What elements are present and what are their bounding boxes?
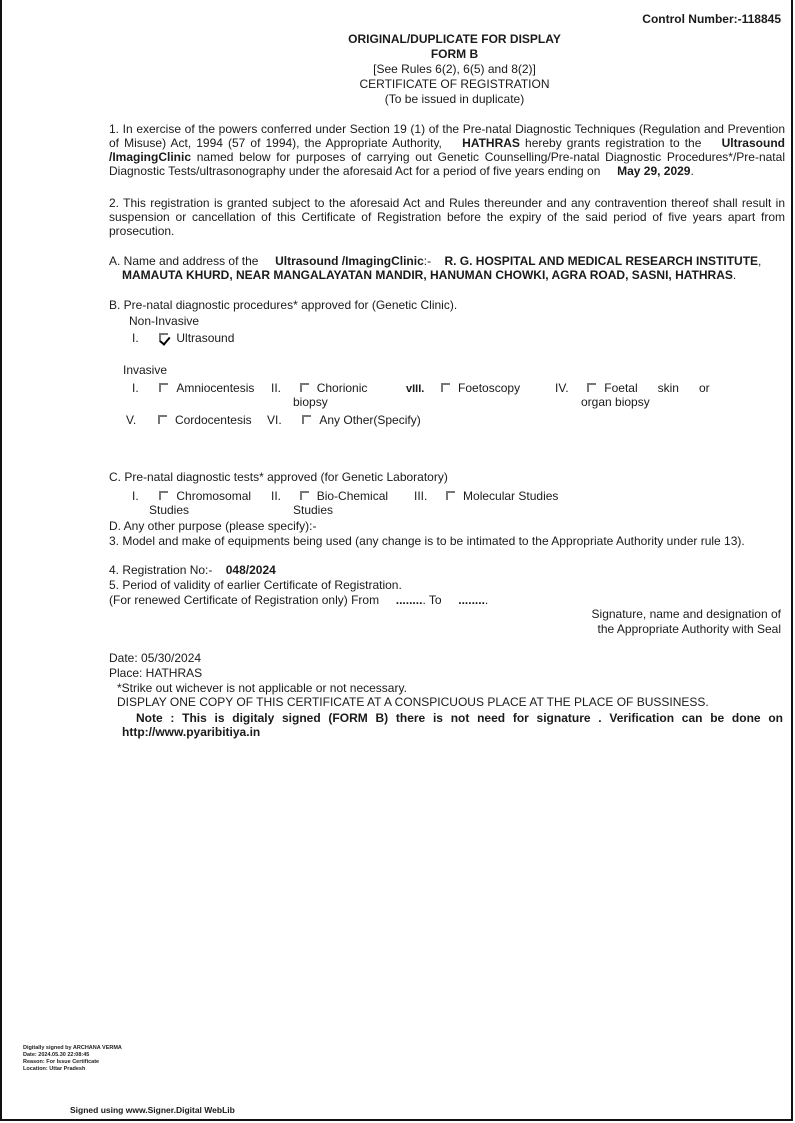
signature-line-1: Signature, name and designation of — [592, 607, 781, 621]
foetal-skin-label-line2: organ biopsy — [581, 395, 650, 409]
section-b-title: B. Pre-natal diagnostic procedures* appr… — [109, 298, 457, 312]
note-text: Note : This is digitaly signed (FORM B) … — [136, 711, 783, 725]
any-other-checkbox[interactable] — [302, 415, 311, 424]
digital-signature-location: Location: Uttar Pradesh — [23, 1066, 85, 1073]
validity-to: ........ — [458, 593, 485, 607]
item-number: I. — [132, 381, 139, 395]
section-a-line2: MAMAUTA KHURD, NEAR MANGALAYATAN MANDIR,… — [122, 268, 736, 282]
chromosomal-label-line2: Studies — [149, 503, 189, 517]
separator: :- — [424, 254, 431, 268]
item-5-renewal-line: (For renewed Certificate of Registration… — [109, 593, 488, 607]
renewal-label: (For renewed Certificate of Registration… — [109, 593, 379, 607]
chromosomal-checkbox[interactable] — [159, 491, 168, 500]
digital-signature-signed-by: Digitally signed by ARCHANA VERMA — [23, 1045, 122, 1052]
clinic-name: R. G. HOSPITAL AND MEDICAL RESEARCH INST… — [444, 254, 758, 268]
item-number: I. — [132, 331, 139, 345]
foetoscopy-checkbox[interactable] — [441, 383, 450, 392]
issue-place: Place: HATHRAS — [109, 666, 202, 680]
invasive-item-cordocentesis[interactable]: V. Cordocentesis — [126, 413, 252, 427]
invasive-item-chorionic[interactable]: II. Chorionic — [271, 381, 367, 395]
non-invasive-item-ultrasound[interactable]: I. Ultrasound — [132, 331, 234, 345]
para1-text-b: hereby grants registration to the — [525, 136, 701, 150]
original-duplicate-heading: ORIGINAL/DUPLICATE FOR DISPLAY — [2, 32, 795, 46]
registration-end-date: May 29, 2029 — [617, 164, 690, 178]
invasive-item-foetoscopy[interactable]: vIII. Foetoscopy — [406, 381, 520, 396]
item-number: IV. — [555, 381, 569, 395]
item-number: II. — [271, 489, 281, 503]
period: . — [690, 164, 693, 178]
foetal-skin-checkbox[interactable] — [587, 383, 596, 392]
display-note: DISPLAY ONE COPY OF THIS CERTIFICATE AT … — [117, 695, 709, 709]
section-a-clinic-type: Ultrasound /ImagingClinic — [275, 254, 424, 268]
item-number: vIII. — [406, 383, 424, 395]
item-number: VI. — [267, 413, 282, 427]
item-number: II. — [271, 381, 281, 395]
certificate-subtitle: (To be issued in duplicate) — [2, 92, 795, 106]
item-number: III. — [414, 489, 427, 503]
chorionic-label: Chorionic — [317, 381, 368, 395]
item-4-registration: 4. Registration No:- 048/2024 — [109, 563, 276, 577]
section-a-line1: A. Name and address of the Ultrasound /I… — [109, 254, 761, 268]
ultrasound-checkbox[interactable] — [159, 333, 168, 342]
biochemical-label: Bio-Chemical — [317, 489, 388, 503]
registration-number: 048/2024 — [226, 563, 276, 577]
authority-name: HATHRAS — [462, 136, 520, 150]
item-5-validity: 5. Period of validity of earlier Certifi… — [109, 578, 402, 592]
invasive-item-any-other[interactable]: VI. Any Other(Specify) — [267, 413, 421, 427]
ultrasound-label: Ultrasound — [176, 331, 234, 345]
invasive-item-amniocentesis[interactable]: I. Amniocentesis — [132, 381, 254, 395]
chorionic-label-line2: biopsy — [293, 395, 328, 409]
amniocentesis-checkbox[interactable] — [159, 383, 168, 392]
period: . — [485, 593, 488, 607]
item-number: V. — [126, 413, 136, 427]
invasive-label: Invasive — [123, 363, 167, 377]
test-item-chromosomal[interactable]: I. Chromosomal — [132, 489, 251, 503]
molecular-label: Molecular Studies — [463, 489, 558, 503]
control-number: Control Number:-118845 — [642, 12, 781, 26]
non-invasive-label: Non-Invasive — [129, 314, 199, 328]
chorionic-checkbox[interactable] — [300, 383, 309, 392]
invasive-item-foetal-skin[interactable]: IV. Foetal skin or — [555, 381, 710, 395]
test-item-biochemical[interactable]: II. Bio-Chemical — [271, 489, 388, 503]
biochemical-label-line2: Studies — [293, 503, 333, 517]
digital-signature-date: Date: 2024.05.30 22:08:45 — [23, 1052, 89, 1059]
period: . — [733, 268, 736, 282]
foetoscopy-label: Foetoscopy — [458, 381, 520, 395]
strike-note: *Strike out wichever is not applicable o… — [117, 681, 407, 695]
test-item-molecular[interactable]: III. Molecular Studies — [414, 489, 558, 503]
issue-date: Date: 05/30/2024 — [109, 651, 201, 665]
clinic-address: MAMAUTA KHURD, NEAR MANGALAYATAN MANDIR,… — [122, 268, 733, 282]
signer-library-note: Signed using www.Signer.Digital WebLib — [70, 1105, 235, 1116]
registration-label: 4. Registration No:- — [109, 563, 212, 577]
digital-note: Note : This is digitaly signed (FORM B) … — [122, 711, 783, 739]
item-number: I. — [132, 489, 139, 503]
cordocentesis-label: Cordocentesis — [175, 413, 252, 427]
digital-signature-reason: Reason: For Issue Certificate — [23, 1059, 99, 1066]
molecular-checkbox[interactable] — [446, 491, 455, 500]
item-3-equipment: 3. Model and make of equipments being us… — [109, 534, 745, 548]
cordocentesis-checkbox[interactable] — [158, 415, 167, 424]
comma: , — [758, 254, 761, 268]
validity-from: ........ — [396, 593, 423, 607]
certificate-page: Control Number:-118845 ORIGINAL/DUPLICAT… — [0, 0, 793, 1121]
certificate-title: CERTIFICATE OF REGISTRATION — [2, 77, 795, 91]
biochemical-checkbox[interactable] — [300, 491, 309, 500]
amniocentesis-label: Amniocentesis — [176, 381, 254, 395]
foetal-skin-label: Foetal skin or — [604, 381, 709, 395]
paragraph-2: 2. This registration is granted subject … — [109, 196, 785, 238]
rules-reference: [See Rules 6(2), 6(5) and 8(2)] — [2, 62, 795, 76]
any-other-label: Any Other(Specify) — [319, 413, 420, 427]
to-label: . To — [422, 593, 441, 607]
form-title: FORM B — [2, 47, 795, 61]
section-a-label: A. Name and address of the — [109, 254, 258, 268]
signature-line-2: the Appropriate Authority with Seal — [598, 622, 781, 636]
verification-link[interactable]: http://www.pyaribitiya.in — [122, 725, 260, 739]
chromosomal-label: Chromosomal — [176, 489, 251, 503]
paragraph-1: 1. In exercise of the powers conferred u… — [109, 122, 785, 178]
section-d: D. Any other purpose (please specify):- — [109, 519, 316, 533]
section-c-title: C. Pre-natal diagnostic tests* approved … — [109, 470, 448, 484]
